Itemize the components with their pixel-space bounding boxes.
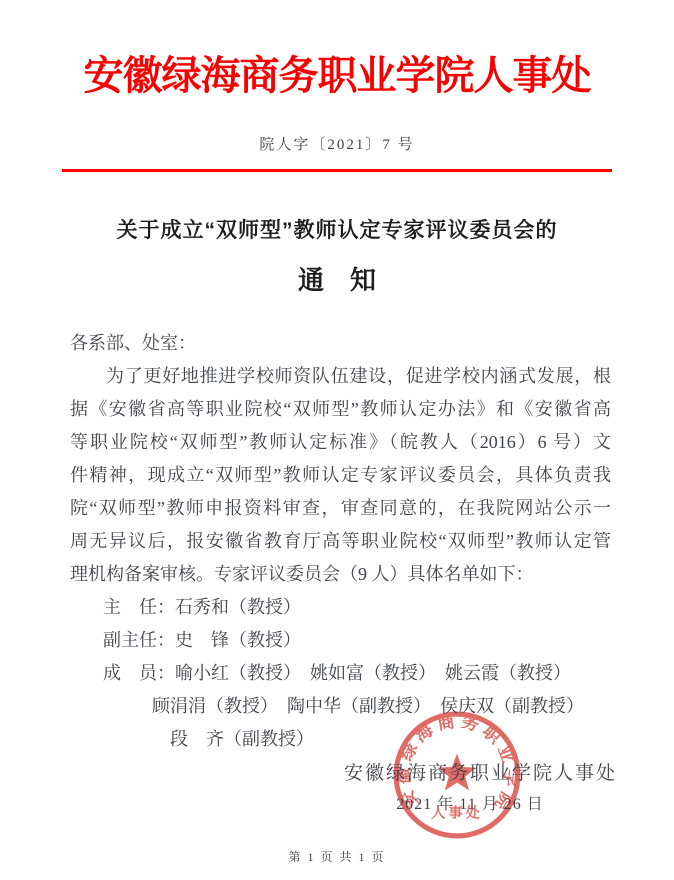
paragraph-line-4: 件精神，现成立“双师型”教师认定专家评议委员会，具体负责我: [70, 459, 611, 492]
document-body: 各系部、处室： 为了更好地推进学校师资队伍建设，促进学校内涵式发展，根 据《安徽…: [70, 327, 611, 756]
notice-title-line2: 通 知: [0, 260, 674, 297]
paragraph-line-5: 院“双师型”教师申报资料审查，审查同意的，在我院网站公示一: [70, 492, 611, 525]
red-divider-line: [62, 169, 612, 172]
committee-members-line-3: 段 齐（副教授）: [70, 723, 611, 756]
committee-chair-line: 主 任：石秀和（教授）: [70, 591, 611, 624]
paragraph-line-7: 理机构备案审核。专家评议委员会（9 人）具体名单如下：: [70, 558, 611, 591]
page-number-footer: 第 1 页 共 1 页: [0, 848, 674, 865]
paragraph-line-3: 等职业院校“双师型”教师认定标准》（皖教人（2016）6 号）文: [70, 426, 611, 459]
committee-vice-chair-line: 副主任：史 锋（教授）: [70, 624, 611, 657]
paragraph-line-2: 据《安徽省高等职业院校“双师型”教师认定办法》和《安徽省高: [70, 393, 611, 426]
committee-members-line-1: 成 员：喻小红（教授） 姚如富（教授） 姚云霞（教授）: [70, 657, 611, 690]
notice-title-line1: 关于成立“双师型”教师认定专家评议委员会的: [0, 214, 674, 244]
paragraph-line-6: 周无异议后，报安徽省教育厅高等职业院校“双师型”教师认定管: [70, 525, 611, 558]
signature-date: 2021 年 11 月 26 日: [335, 791, 605, 814]
committee-members-line-2: 顾涓涓（教授） 陶中华（副教授） 侯庆双（副教授）: [70, 690, 611, 723]
signature-org: 安徽绿海商务职业学院人事处: [344, 758, 617, 785]
document-page: 安徽绿海商务职业学院人事处 院人字〔2021〕7 号 关于成立“双师型”教师认定…: [0, 0, 674, 880]
salutation: 各系部、处室：: [70, 327, 611, 360]
header-org-title: 安徽绿海商务职业学院人事处: [0, 44, 674, 101]
paragraph-line-1: 为了更好地推进学校师资队伍建设，促进学校内涵式发展，根: [70, 360, 611, 393]
doc-number: 院人字〔2021〕7 号: [0, 133, 674, 154]
